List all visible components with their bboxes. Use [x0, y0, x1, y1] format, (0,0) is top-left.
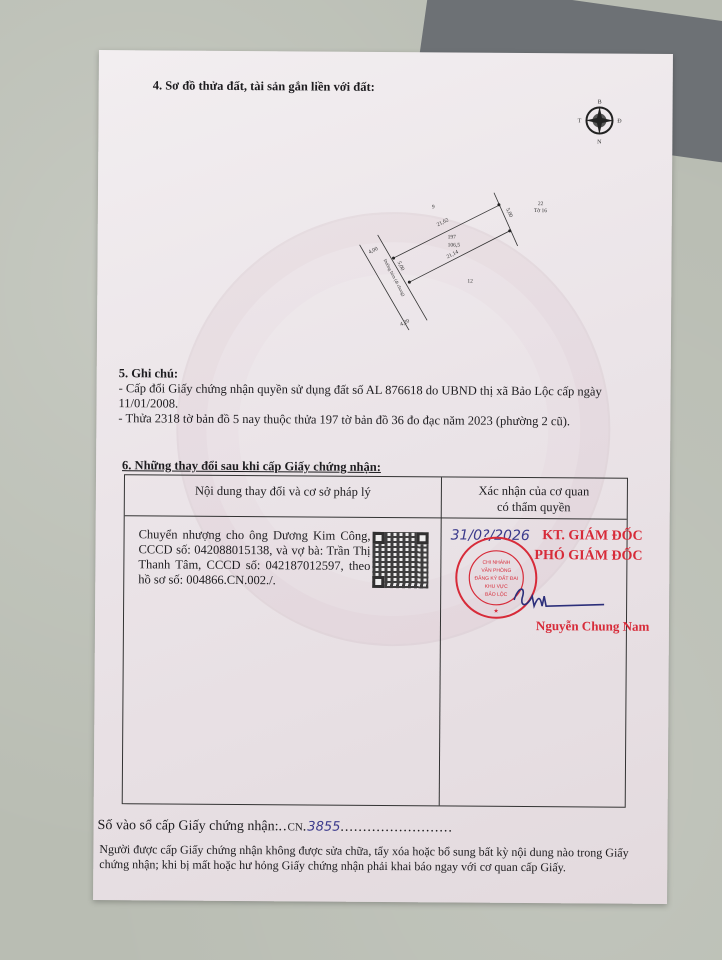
- registry-number-line: Số vào sổ cấp Giấy chứng nhận:..CN.3855.…: [98, 818, 453, 836]
- svg-text:21,62: 21,62: [436, 217, 450, 228]
- svg-text:21,14: 21,14: [446, 249, 460, 260]
- svg-text:Đ: Đ: [617, 119, 622, 125]
- svg-text:106,5: 106,5: [448, 242, 461, 248]
- svg-text:B: B: [598, 99, 602, 105]
- section-4-title: 4. Sơ đồ thửa đất, tài sản gắn liền với …: [153, 78, 375, 95]
- svg-text:4,20: 4,20: [399, 318, 411, 328]
- registry-label: Số vào sổ cấp Giấy chứng nhận:: [98, 818, 279, 834]
- svg-text:★: ★: [493, 608, 498, 615]
- svg-text:4,00: 4,00: [368, 246, 380, 256]
- svg-text:9: 9: [432, 204, 435, 210]
- changes-table: Nội dung thay đổi và cơ sở pháp lý Xác n…: [122, 474, 628, 808]
- note-item: - Cấp đổi Giấy chứng nhận quyền sử dụng …: [118, 381, 638, 415]
- notes-list: - Cấp đổi Giấy chứng nhận quyền sử dụng …: [118, 381, 638, 430]
- column-divider: [439, 477, 442, 805]
- svg-text:12: 12: [467, 279, 473, 285]
- qr-code-icon: [372, 532, 428, 588]
- footer-warning: Người được cấp Giấy chứng nhận không đượ…: [99, 842, 639, 876]
- section-6-title: 6. Những thay đổi sau khi cấp Giấy chứng…: [122, 458, 381, 475]
- section-5-title: 5. Ghi chú:: [119, 366, 178, 381]
- signatory-title: KT. GIÁM ĐỐC PHÓ GIÁM ĐỐC: [534, 526, 642, 567]
- svg-text:T: T: [578, 118, 582, 124]
- signatory-title-line1: KT. GIÁM ĐỐC: [535, 526, 643, 547]
- certificate-page: 4. Sơ đồ thửa đất, tài sản gắn liền với …: [93, 50, 673, 904]
- svg-text:5,00: 5,00: [504, 207, 514, 218]
- change-content: Chuyển nhượng cho ông Dương Kim Công, CC…: [138, 527, 370, 589]
- header-confirmation-line1: Xác nhận của cơ quan: [441, 482, 627, 499]
- signer-name: Nguyễn Chung Nam: [536, 618, 650, 635]
- row-divider: [125, 515, 627, 520]
- svg-text:22: 22: [538, 201, 544, 207]
- header-confirmation: Xác nhận của cơ quan có thẩm quyền: [441, 482, 627, 515]
- note-item: - Thửa 2318 tờ bản đồ 5 nay thuộc thửa 1…: [118, 411, 638, 430]
- header-content: Nội dung thay đổi và cơ sở pháp lý: [125, 483, 441, 500]
- svg-text:CHI NHÁNH: CHI NHÁNH: [482, 559, 510, 566]
- parcel-diagram: 9 22 Tờ 16 12 197 106,5 21,62 21,14 5,00…: [347, 190, 578, 332]
- signature-icon: [504, 578, 624, 619]
- svg-text:VĂN PHÒNG: VĂN PHÒNG: [481, 567, 511, 574]
- header-confirmation-line2: có thẩm quyền: [441, 498, 627, 515]
- compass-icon: B T Đ N: [576, 95, 622, 145]
- svg-text:197: 197: [448, 234, 457, 240]
- svg-text:N: N: [597, 139, 602, 145]
- registry-prefix: CN: [288, 821, 303, 833]
- signatory-title-line2: PHÓ GIÁM ĐỐC: [534, 546, 642, 567]
- svg-text:Tờ 16: Tờ 16: [534, 208, 547, 214]
- registry-number: 3855: [307, 819, 340, 834]
- svg-text:5,00: 5,00: [396, 260, 406, 271]
